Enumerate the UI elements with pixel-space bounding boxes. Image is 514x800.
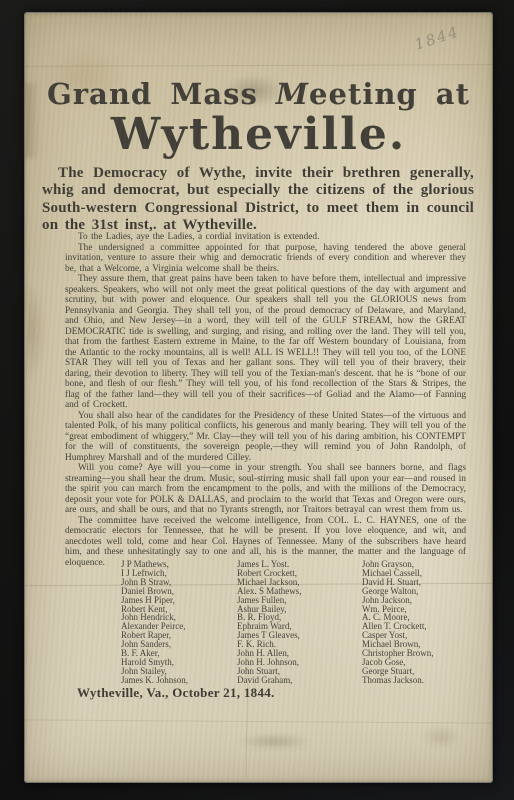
paper-stain xyxy=(421,725,461,749)
title-text: Grand Mass xyxy=(47,77,276,111)
paper-edge-stain xyxy=(28,283,45,378)
broadside-document: 1844 Grand Mass Meeting at Wytheville. T… xyxy=(25,13,492,782)
signers-column-2: James L. Yost.Robert Crockett,Michael Ja… xyxy=(237,560,302,685)
paragraph: They assure them, that great pains have … xyxy=(65,274,466,411)
poster-title-line2: Wytheville. xyxy=(25,109,492,160)
fold-crease xyxy=(25,64,492,67)
body-paragraphs: To the Ladies, aye the Ladies, a cordial… xyxy=(65,232,466,568)
dateline: Wytheville, Va., October 21, 1844. xyxy=(77,685,275,701)
signer-name: David Graham, xyxy=(237,676,302,685)
title-text-italic-m: M xyxy=(276,77,309,111)
paragraph: Will you come? Aye will you—come in your… xyxy=(65,463,466,516)
paragraph: You shall also hear of the candidates fo… xyxy=(65,411,466,464)
handwritten-year-note: 1844 xyxy=(412,22,461,53)
paragraph: To the Ladies, aye the Ladies, a cordial… xyxy=(65,232,466,243)
signer-name: Thomas Jackson. xyxy=(362,676,434,685)
intro-paragraph: The Democracy of Wythe, invite their bre… xyxy=(42,165,474,235)
photo-background: 1844 Grand Mass Meeting at Wytheville. T… xyxy=(0,0,514,800)
signers-column-3: John Grayson,Michael Cassell,David H. St… xyxy=(362,560,434,685)
poster-title-line1: Grand Mass Meeting at xyxy=(25,77,492,111)
signers-column-1: J P Mathews,I J Leftwich,John B Straw,Da… xyxy=(121,560,188,685)
fold-crease xyxy=(25,719,492,723)
signer-name: James K. Johnson, xyxy=(121,676,188,685)
paper-smudge xyxy=(237,733,312,750)
title-text: eeting at xyxy=(309,77,470,111)
paragraph: The undersigned a committee appointed fo… xyxy=(65,243,466,275)
